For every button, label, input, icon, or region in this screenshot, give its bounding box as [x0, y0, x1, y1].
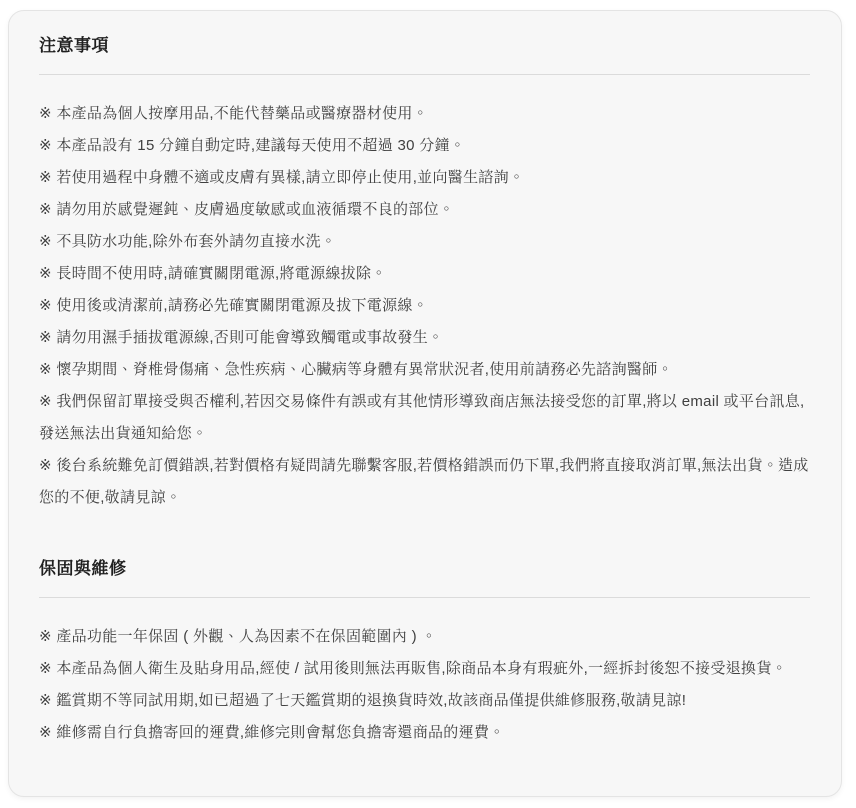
- notice-item: ※ 若使用過程中身體不適或皮膚有異樣,請立即停止使用,並向醫生諮詢。: [39, 162, 810, 194]
- section-notes: 注意事項 ※ 本產品為個人按摩用品,不能代替藥品或醫療器材使用。 ※ 本產品設有…: [39, 34, 810, 514]
- notice-item: ※ 本產品為個人按摩用品,不能代替藥品或醫療器材使用。: [39, 98, 810, 130]
- notice-item: ※ 本產品為個人衛生及貼身用品,經使 / 試用後則無法再販售,除商品本身有瑕疵外…: [39, 653, 810, 685]
- notice-item: ※ 鑑賞期不等同試用期,如已超過了七天鑑賞期的退換貨時效,故該商品僅提供維修服務…: [39, 685, 810, 717]
- section-notes-title: 注意事項: [39, 34, 810, 58]
- section-warranty: 保固與維修 ※ 產品功能一年保固 ( 外觀、人為因素不在保固範圍內 ) 。 ※ …: [39, 557, 810, 749]
- section-warranty-title: 保固與維修: [39, 557, 810, 581]
- notice-card: 注意事項 ※ 本產品為個人按摩用品,不能代替藥品或醫療器材使用。 ※ 本產品設有…: [8, 10, 842, 797]
- notice-item: ※ 懷孕期間、脊椎骨傷痛、急性疾病、心臟病等身體有異常狀況者,使用前請務必先諮詢…: [39, 354, 810, 386]
- section-divider: [39, 597, 810, 598]
- notice-item: ※ 本產品設有 15 分鐘自動定時,建議每天使用不超過 30 分鐘。: [39, 130, 810, 162]
- notice-item: ※ 請勿用於感覺遲鈍、皮膚過度敏感或血液循環不良的部位。: [39, 194, 810, 226]
- notice-item: ※ 使用後或清潔前,請務必先確實關閉電源及拔下電源線。: [39, 290, 810, 322]
- notice-item: ※ 產品功能一年保固 ( 外觀、人為因素不在保固範圍內 ) 。: [39, 621, 810, 653]
- notice-item: ※ 長時間不使用時,請確實關閉電源,將電源線拔除。: [39, 258, 810, 290]
- notice-item: ※ 我們保留訂單接受與否權利,若因交易條件有誤或有其他情形導致商店無法接受您的訂…: [39, 386, 810, 450]
- notice-item: ※ 不具防水功能,除外布套外請勿直接水洗。: [39, 226, 810, 258]
- notice-item: ※ 後台系統難免訂價錯誤,若對價格有疑問請先聯繫客服,若價格錯誤而仍下單,我們將…: [39, 450, 810, 514]
- section-divider: [39, 74, 810, 75]
- notice-item: ※ 維修需自行負擔寄回的運費,維修完則會幫您負擔寄還商品的運費。: [39, 717, 810, 749]
- notice-item: ※ 請勿用濕手插拔電源線,否則可能會導致觸電或事故發生。: [39, 322, 810, 354]
